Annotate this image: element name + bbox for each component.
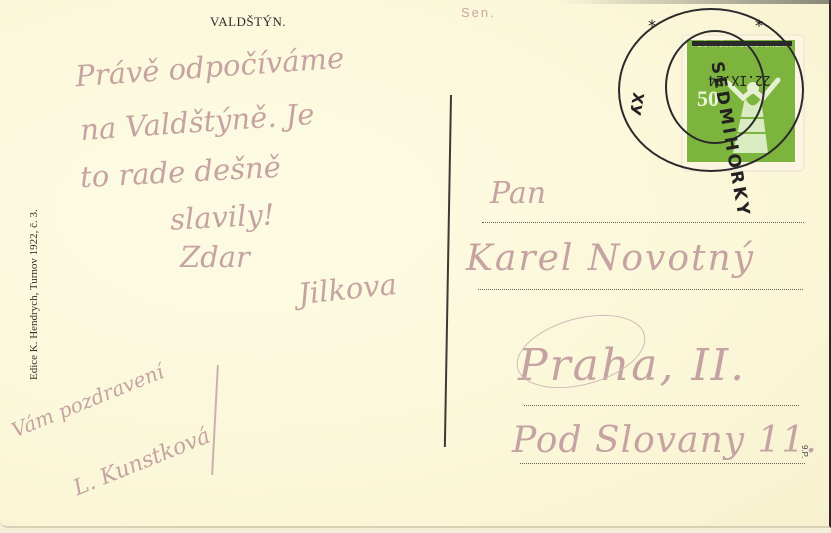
message-line-2: na Valdštýně. Je: [79, 97, 315, 147]
postmark-date: 22.IX.24: [708, 72, 771, 87]
side-note-line-2: L. Kunstková: [70, 424, 214, 502]
side-note-stroke: [211, 365, 219, 475]
edge-note: 9.P.: [800, 445, 809, 458]
address-name: Karel Novotný: [466, 238, 755, 279]
address-line-4: [520, 463, 805, 464]
address-line-3: [524, 405, 799, 406]
postmark-star-icon: *: [755, 16, 763, 35]
postcard-back: VALDŠTÝN. Sen. Edice K. Hendrych, Turnov…: [0, 0, 831, 528]
postcard-title: VALDŠTÝN.: [210, 14, 286, 30]
center-divider: [444, 95, 452, 447]
address-line-2: [478, 289, 803, 290]
postmark-star-icon: *: [648, 16, 656, 35]
card-edge-shadow: [560, 0, 831, 4]
address-line-1: [482, 222, 804, 223]
message-line-4: slavily!: [169, 197, 275, 236]
message-line-5: Zdar: [180, 240, 250, 274]
address-street: Pod Slovany 11.: [512, 420, 818, 461]
postmark-bar: [692, 41, 792, 46]
publisher-imprint: Edice K. Hendrych, Turnov 1922, č. 3.: [28, 209, 40, 380]
message-line-1: Právě odpočíváme: [74, 41, 345, 94]
pencil-note: Sen.: [461, 5, 496, 20]
message-signature: Jilkova: [296, 267, 398, 311]
address-salutation: Pan: [490, 176, 546, 211]
message-line-3: to rade dešně: [79, 150, 281, 194]
